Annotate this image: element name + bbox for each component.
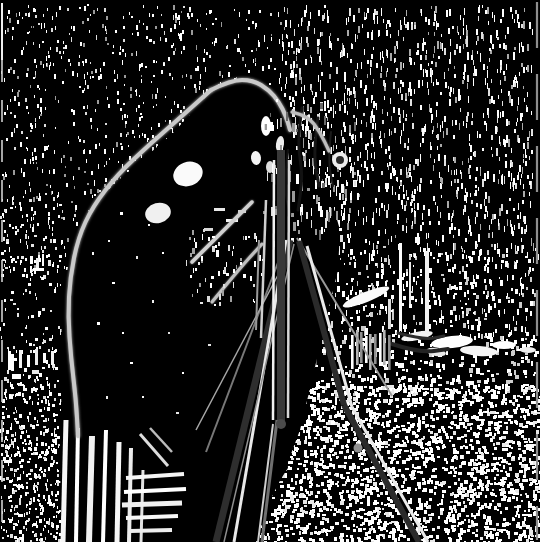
photo-canvas <box>0 0 540 542</box>
photo <box>0 0 540 542</box>
